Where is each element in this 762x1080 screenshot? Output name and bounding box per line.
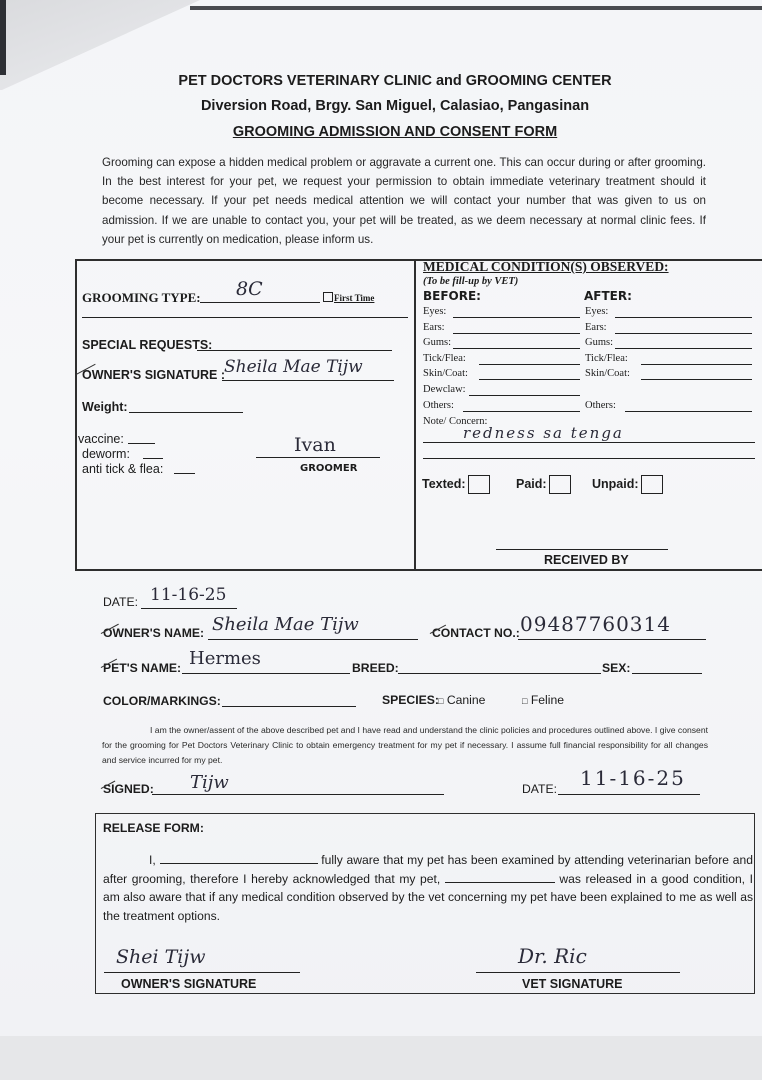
after-row-label: Eyes: [585, 306, 608, 317]
before-row-label: Ears: [423, 322, 445, 333]
owner-name-label: OWNER'S NAME: [103, 626, 204, 640]
before-row-label: Skin/Coat: [423, 368, 468, 379]
weight-field[interactable] [129, 412, 243, 413]
before-heading: BEFORE: [423, 289, 481, 303]
paid-label: Paid: [516, 477, 547, 491]
after-row-field[interactable] [641, 379, 752, 380]
vet-signature-value: Dr. Ric [518, 944, 587, 968]
texted-checkbox[interactable]: Texted: [422, 475, 490, 494]
before-row-label: Others: [423, 400, 454, 411]
grooming-extra-line[interactable] [82, 317, 408, 318]
medical-section-subtitle: (To be fill-up by VET) [423, 276, 518, 287]
before-row-label: Dewclaw: [423, 384, 466, 395]
after-row-label: Skin/Coat: [585, 368, 630, 379]
checkbox-icon [468, 475, 490, 494]
release-text-1: I, [149, 853, 156, 867]
checkbox-icon [549, 475, 571, 494]
color-markings-field[interactable] [222, 706, 356, 707]
signed-field[interactable] [152, 794, 444, 795]
owner-signature-value: Sheila Mae Tijw [224, 357, 363, 377]
after-row-label: Tick/Flea: [585, 353, 628, 364]
release-pet-name-field[interactable] [445, 872, 555, 883]
vet-signature-field[interactable] [476, 972, 680, 973]
intro-paragraph: Grooming can expose a hidden medical pro… [102, 153, 706, 249]
pet-name-field[interactable] [182, 673, 350, 674]
consent-date-field[interactable] [558, 794, 700, 795]
after-row-field[interactable] [615, 317, 752, 318]
release-owner-signature-value: Shei Tijw [116, 946, 206, 968]
feline-label: Feline [531, 693, 564, 707]
vet-signature-label: VET SIGNATURE [522, 977, 622, 991]
unpaid-label: Unpaid: [592, 477, 639, 491]
signed-value: Tijw [190, 772, 229, 793]
section-divider [414, 259, 416, 571]
pet-name-value: Hermes [189, 648, 261, 669]
after-row-field[interactable] [641, 364, 752, 365]
anti-tick-flea-label: anti tick & flea: [82, 462, 163, 476]
before-row-field[interactable] [453, 333, 580, 334]
before-row-label: Eyes: [423, 306, 446, 317]
form-title: GROOMING ADMISSION AND CONSENT FORM [14, 124, 762, 140]
groomer-signature-value: Ivan [294, 434, 336, 456]
before-row-field[interactable] [453, 317, 580, 318]
before-row-field[interactable] [479, 364, 580, 365]
before-row-label: Gums: [423, 337, 451, 348]
anti-tick-flea-field[interactable] [174, 473, 195, 474]
medical-section-title: MEDICAL CONDITION(S) OBSERVED: [423, 259, 669, 275]
contact-value: 09487760314 [520, 612, 671, 636]
first-time-checkbox[interactable]: First Time [323, 292, 374, 303]
vaccine-label: vaccine: [78, 432, 124, 446]
received-by-field[interactable] [496, 549, 668, 550]
groomer-signature-field[interactable] [256, 457, 380, 458]
species-option-feline[interactable]: □ Feline [522, 693, 564, 707]
clinic-address: Diversion Road, Brgy. San Miguel, Calasi… [14, 98, 762, 114]
special-requests-field[interactable] [197, 350, 392, 351]
vaccine-field[interactable] [128, 443, 155, 444]
date-field[interactable] [141, 608, 237, 609]
after-row-field[interactable] [615, 333, 752, 334]
after-heading: AFTER: [584, 289, 632, 303]
before-row-field[interactable] [453, 348, 580, 349]
first-time-label: First Time [334, 293, 374, 303]
grooming-type-value: 8C [236, 278, 263, 300]
after-row-field[interactable] [615, 348, 752, 349]
consent-paragraph: I am the owner/assent of the above descr… [102, 723, 708, 768]
contact-label: CONTACT NO.: [432, 626, 520, 640]
owner-signature-label: OWNER'S SIGNATURE : [82, 368, 225, 382]
sex-field[interactable] [632, 673, 702, 674]
owner-name-value: Sheila Mae Tijw [212, 614, 359, 635]
note-concern-field-1[interactable] [423, 442, 755, 443]
special-requests-label: SPECIAL REQUESTS: [82, 338, 212, 352]
owner-name-field[interactable] [208, 639, 418, 640]
texted-label: Texted: [422, 477, 466, 491]
checkbox-icon [323, 292, 333, 302]
species-option-canine[interactable]: □ Canine [438, 693, 485, 707]
before-row-label: Tick/Flea: [423, 353, 466, 364]
paper-edge [190, 6, 762, 10]
weight-label: Weight: [82, 400, 128, 414]
after-row-label: Gums: [585, 337, 613, 348]
date-value: 11-16-25 [150, 585, 226, 605]
release-form-title: RELEASE FORM: [103, 821, 204, 835]
after-row-field[interactable] [625, 411, 752, 412]
before-row-field[interactable] [469, 395, 580, 396]
checkbox-icon [641, 475, 663, 494]
canine-label: Canine [447, 693, 486, 707]
breed-field[interactable] [398, 673, 601, 674]
consent-date-label: DATE: [522, 782, 557, 796]
after-row-label: Ears: [585, 322, 607, 333]
after-row-label: Others: [585, 400, 616, 411]
unpaid-checkbox[interactable]: Unpaid: [592, 475, 663, 494]
clinic-name: PET DOCTORS VETERINARY CLINIC and GROOMI… [14, 73, 762, 89]
release-paragraph: I, fully aware that my pet has been exam… [103, 851, 753, 925]
consent-text: I am the owner/assent of the above descr… [102, 725, 708, 765]
sex-label: SEX: [602, 661, 630, 675]
received-by-label: RECEIVED BY [544, 553, 629, 567]
release-owner-signature-label: OWNER'S SIGNATURE [121, 977, 256, 991]
species-label: SPECIES: [382, 693, 439, 707]
paid-checkbox[interactable]: Paid: [516, 475, 571, 494]
scan-shadow [0, 0, 6, 75]
date-label: DATE: [103, 595, 138, 609]
grooming-type-field[interactable] [200, 302, 320, 303]
scan-background [0, 1036, 762, 1080]
consent-date-value: 11-16-25 [580, 766, 686, 790]
before-row-field[interactable] [463, 411, 580, 412]
note-concern-field-2[interactable] [423, 458, 755, 459]
before-row-field[interactable] [479, 379, 580, 380]
deworm-field[interactable] [143, 458, 163, 459]
release-owner-name-field[interactable] [160, 853, 318, 864]
contact-field[interactable] [518, 639, 706, 640]
grooming-type-label: GROOMING TYPE: [82, 290, 201, 306]
groomer-label: GROOMER [300, 463, 357, 474]
breed-label: BREED: [352, 661, 399, 675]
owner-signature-field[interactable] [222, 380, 394, 381]
color-markings-label: COLOR/MARKINGS: [103, 694, 221, 708]
note-concern-value: redness sa tenga [463, 424, 624, 442]
deworm-label: deworm: [82, 447, 130, 461]
pet-name-label: PET'S NAME: [103, 661, 181, 675]
release-owner-signature-field[interactable] [104, 972, 300, 973]
